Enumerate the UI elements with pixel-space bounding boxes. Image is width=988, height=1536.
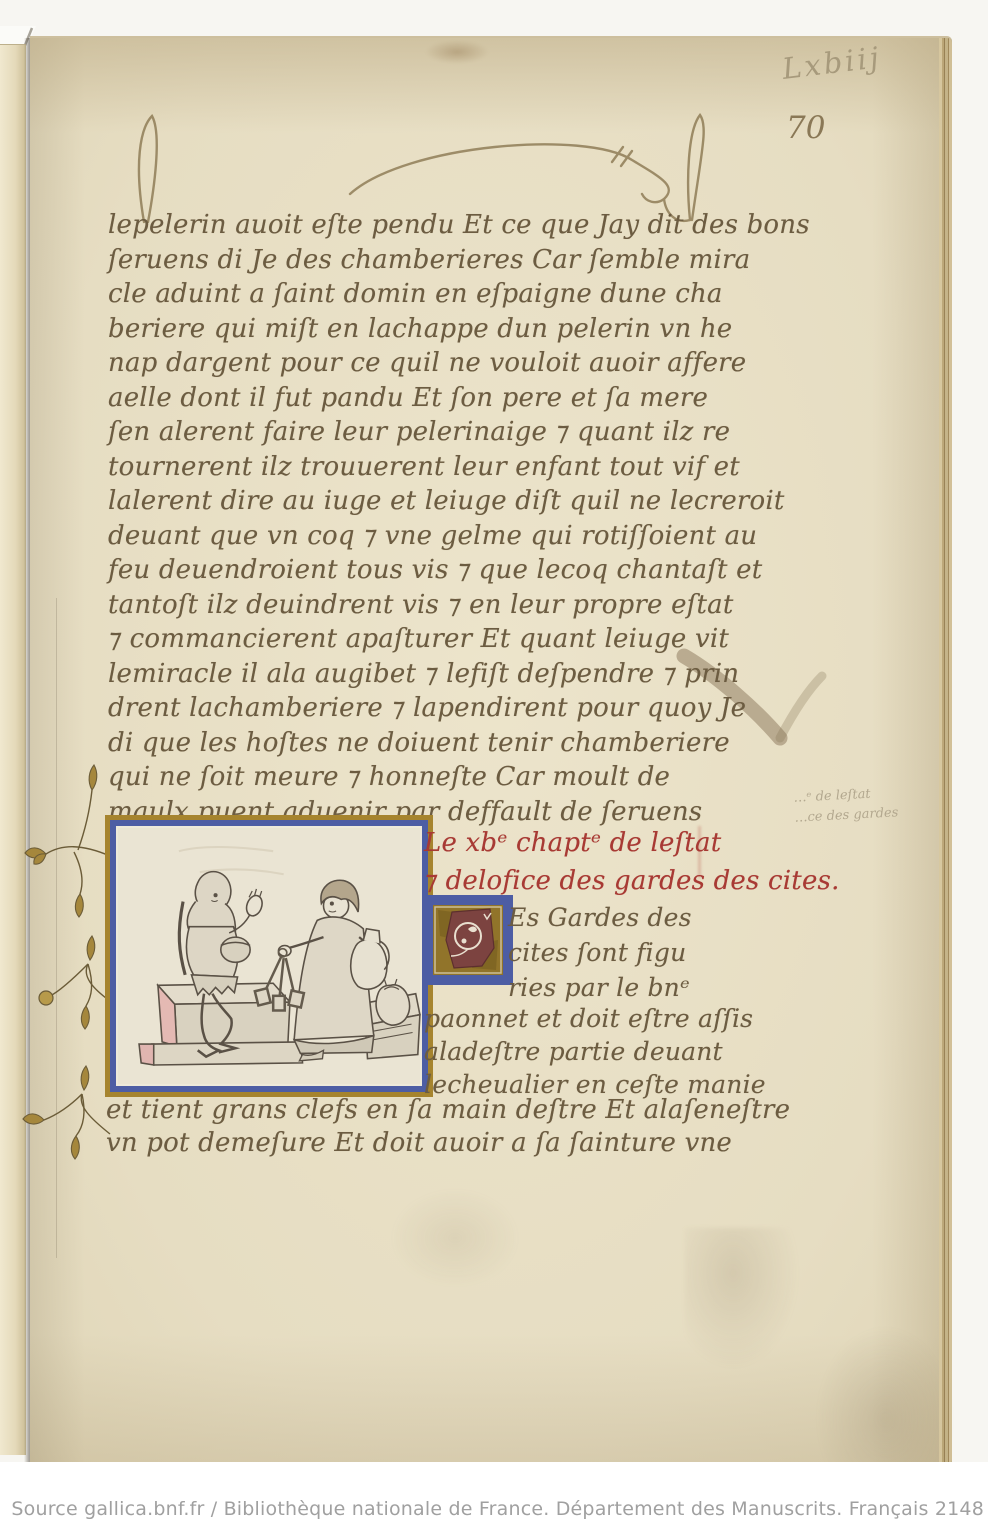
text-line: aelle dont il fut pandu Et ſon pere et ſ… <box>108 381 810 416</box>
illuminated-initial-L <box>422 894 514 986</box>
rubric-line: ⁊ delofice des gardes des cites. <box>424 862 840 900</box>
text-line: lepelerin auoit eſte pendu Et ce que Jay… <box>108 208 810 243</box>
manuscript-scan: Lxbiij 70 lepelerin auoit eſte pendu Et … <box>0 0 988 1536</box>
chapter-text-full-width: et tient grans clefs en ſa main deſtre E… <box>106 1094 790 1160</box>
text-line: ⁊ commancierent apaſturer Et quant leiug… <box>108 622 810 657</box>
text-line: beriere qui miſt en lachappe dun pelerin… <box>108 312 810 347</box>
miniature-illustration <box>116 826 422 1086</box>
text-line: aladeſtre partie deuant <box>424 1035 766 1068</box>
marginal-note: …ᵉ de leſtat …ce des gardes <box>793 783 899 828</box>
text-line: vn pot demeſure Et doit auoir a ſa ſaint… <box>106 1127 790 1160</box>
brown-smudge <box>685 1228 805 1378</box>
rubric-line: Le xbᵉ chaptᵉ de leſtat <box>424 824 840 862</box>
chapter-text-beside-initial: Es Gardes des cites ſont figu ries par l… <box>508 900 692 1005</box>
text-line: qui ne ſoit meure ⁊ honneſte Car moult d… <box>108 760 810 795</box>
text-line: di que les hoſtes ne doiuent tenir chamb… <box>108 726 810 761</box>
text-line: lalerent dire au iuge et leiuge diſt qui… <box>108 484 810 519</box>
chapter-text-column: paonnet et doit eſtre aſſis aladeſtre pa… <box>424 1002 766 1101</box>
main-text-block: lepelerin auoit eſte pendu Et ce que Jay… <box>108 208 810 829</box>
text-line: nap dargent pour ce quil ne vouloit auoi… <box>108 346 810 381</box>
attribution-footer: Source gallica.bnf.fr / Bibliothèque nat… <box>0 1462 988 1536</box>
text-line: deuant que vn coq ⁊ vne gelme qui rotiſſ… <box>108 519 810 554</box>
chapter-rubric: Le xbᵉ chaptᵉ de leſtat ⁊ delofice des g… <box>424 824 840 900</box>
text-line: drent lachamberiere ⁊ lapendirent pour q… <box>108 691 810 726</box>
text-line: tournerent ilz trouuerent leur enfant to… <box>108 450 810 485</box>
page-number: 70 <box>786 110 825 146</box>
faint-ring-stain <box>390 1188 520 1288</box>
text-line: ries par le bnᵉ <box>508 970 692 1005</box>
text-line: et tient grans clefs en ſa main deſtre E… <box>106 1094 790 1127</box>
text-line: lemiracle il ala augibet ⁊ lefiſt deſpen… <box>108 657 810 692</box>
text-line: Es Gardes des <box>508 900 692 935</box>
text-line: ſeruens di Je des chamberieres Car ſembl… <box>108 243 810 278</box>
source-attribution-text: Source gallica.bnf.fr / Bibliothèque nat… <box>11 1498 984 1520</box>
text-line: feu deuendroient tous vis ⁊ que lecoq ch… <box>108 553 810 588</box>
text-line: cle aduint a ſaint domin en eſpaigne dun… <box>108 277 810 312</box>
marginal-note-line: …ce des gardes <box>794 803 899 828</box>
miniature-two-figures-keys-jug <box>110 820 428 1092</box>
stain-top-edge <box>425 40 489 64</box>
text-line: tantoſt ilz deuindrent vis ⁊ en leur pro… <box>108 588 810 623</box>
text-line: paonnet et doit eſtre aſſis <box>424 1002 766 1035</box>
manuscript-page: Lxbiij 70 lepelerin auoit eſte pendu Et … <box>30 36 952 1467</box>
text-line: cites ſont figu <box>508 935 692 970</box>
text-line: ſen alerent faire leur pelerinaige ⁊ qua… <box>108 415 810 450</box>
folio-mark: Lxbiij <box>780 40 883 86</box>
